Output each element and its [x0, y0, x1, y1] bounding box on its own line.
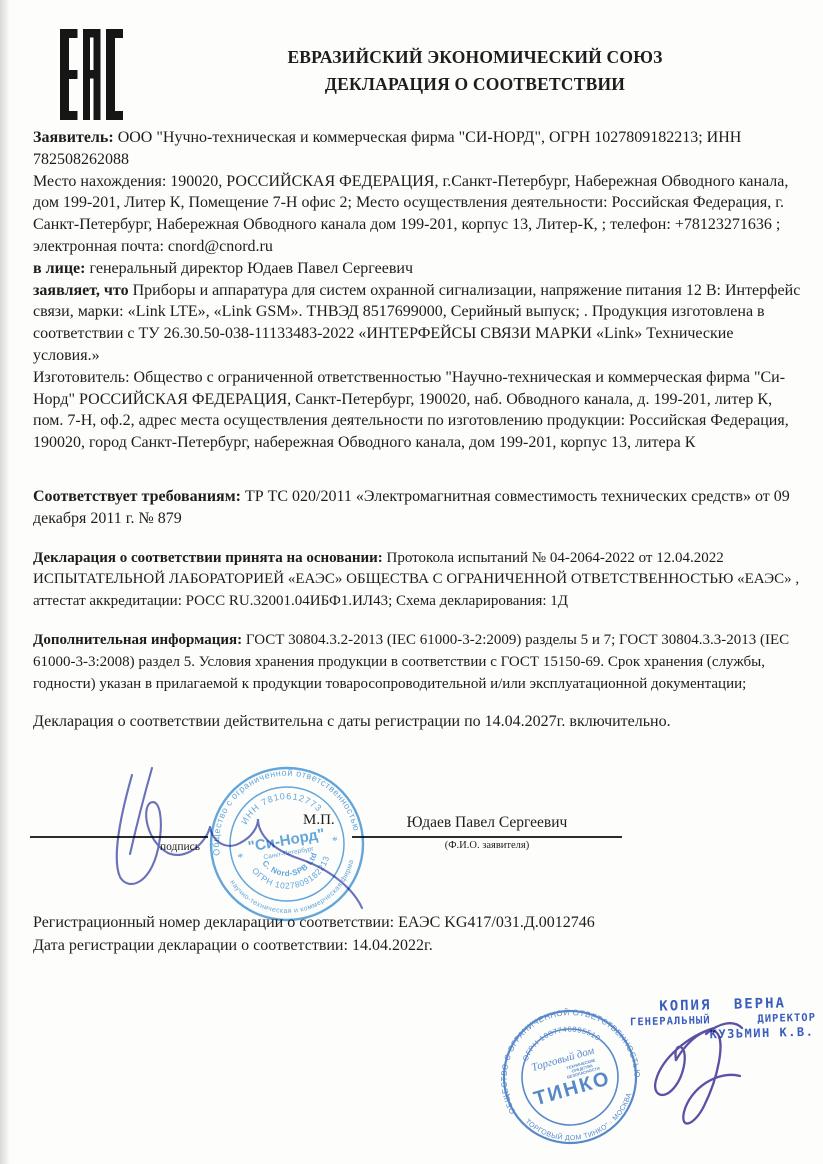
- represented-label: в лице:: [33, 260, 85, 277]
- title-declaration: ДЕКЛАРАЦИЯ О СООТВЕТСТВИИ: [150, 71, 800, 98]
- document-title: ЕВРАЗИЙСКИЙ ЭКОНОМИЧЕСКИЙ СОЮЗ ДЕКЛАРАЦИ…: [150, 44, 800, 98]
- declares-label: заявляет, что: [33, 282, 129, 299]
- location-text: Место нахождения: 190020, РОССИЙСКАЯ ФЕД…: [33, 173, 788, 255]
- paragraph-represented: в лице: генеральный директор Юдаев Павел…: [33, 258, 803, 280]
- paragraph-complies: Соответствует требованиям: ТР ТС 020/201…: [33, 486, 803, 530]
- validity-text: Декларация о соответствии действительна …: [33, 713, 671, 730]
- complies-label: Соответствует требованиям:: [33, 488, 241, 505]
- declares-text: Приборы и аппаратура для систем охранной…: [33, 282, 800, 364]
- stamp-star-right: *: [331, 833, 339, 848]
- company-round-stamp: Общество с ограниченной ответственностью…: [201, 758, 373, 930]
- scan-shadow: [0, 0, 10, 1164]
- svg-text:ИНН 7810612773: ИНН 7810612773: [235, 784, 325, 827]
- director-signature-ink: [618, 1012, 758, 1137]
- declaration-document: ЕВРАЗИЙСКИЙ ЭКОНОМИЧЕСКИЙ СОЮЗ ДЕКЛАРАЦИ…: [0, 0, 823, 1164]
- paragraph-manufacturer: Изготовитель: Общество с ограниченной от…: [33, 367, 803, 454]
- paragraph-basis: Декларация о соответствии принята на осн…: [33, 548, 803, 613]
- stamp-star-left: *: [236, 850, 244, 865]
- copy-stamp-director: ДИРЕКТОР: [757, 1012, 816, 1026]
- represented-text: генеральный директор Юдаев Павел Сергеев…: [85, 260, 413, 277]
- eac-logo: [60, 29, 123, 120]
- additional-label: Дополнительная информация:: [33, 632, 242, 648]
- stamp-inn-text: ИНН 7810612773: [235, 784, 325, 827]
- manufacturer-text: Изготовитель: Общество с ограниченной от…: [33, 369, 789, 451]
- paragraph-location: Место нахождения: 190020, РОССИЙСКАЯ ФЕД…: [33, 171, 803, 258]
- title-union: ЕВРАЗИЙСКИЙ ЭКОНОМИЧЕСКИЙ СОЮЗ: [150, 44, 800, 71]
- applicant-text: ООО "Нучно-техническая и коммерческая фи…: [33, 129, 741, 168]
- basis-label: Декларация о соответствии принята на осн…: [33, 550, 383, 566]
- paragraph-validity: Декларация о соответствии действительна …: [33, 711, 803, 733]
- paragraph-additional: Дополнительная информация: ГОСТ 30804.3.…: [33, 630, 803, 695]
- paragraph-applicant: Заявитель: ООО "Нучно-техническая и комм…: [33, 127, 803, 171]
- body-text: Заявитель: ООО "Нучно-техническая и комм…: [33, 127, 803, 733]
- applicant-label: Заявитель:: [33, 129, 114, 146]
- paragraph-declares: заявляет, что Приборы и аппаратура для с…: [33, 280, 803, 367]
- registration-date: Дата регистрации декларации о соответств…: [33, 935, 595, 958]
